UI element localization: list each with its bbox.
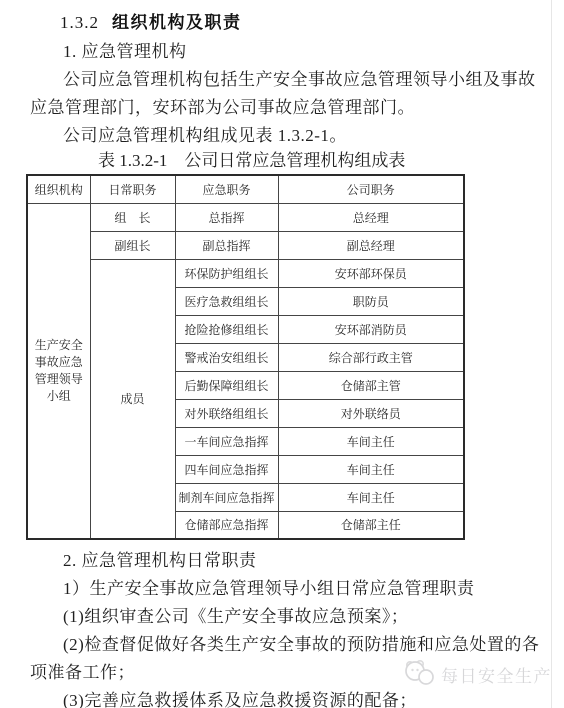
- emergency-cell: 四车间应急指挥: [175, 455, 278, 483]
- table-row: 生产安全事故应急管理领导小组 组 长 总指挥 总经理: [27, 203, 464, 231]
- emergency-cell: 副总指挥: [175, 231, 278, 259]
- company-cell: 综合部行政主管: [278, 343, 464, 371]
- document-page: 1.3.2组织机构及职责 1. 应急管理机构 公司应急管理机构包括生产安全事故应…: [0, 0, 564, 708]
- company-cell: 安环部消防员: [278, 315, 464, 343]
- emergency-cell: 总指挥: [175, 203, 278, 231]
- emergency-cell: 后勤保障组组长: [175, 371, 278, 399]
- org-structure-table: 组织机构 日常职务 应急职务 公司职务 生产安全事故应急管理领导小组 组 长 总…: [26, 174, 465, 540]
- company-cell: 仓储部主任: [278, 511, 464, 539]
- header-cell-daily: 日常职务: [90, 175, 175, 203]
- emergency-cell: 抢险抢修组组长: [175, 315, 278, 343]
- paragraph-line: 2. 应急管理机构日常职责: [30, 547, 564, 575]
- paragraph-line: (2)检查督促做好各类生产安全事故的预防措施和应急处置的各: [30, 631, 564, 659]
- paragraph-line: 公司应急管理机构包括生产安全事故应急管理领导小组及事故: [30, 66, 564, 94]
- company-cell: 仓储部主管: [278, 371, 464, 399]
- watermark-panda-icon: [403, 657, 437, 692]
- table-caption: 表 1.3.2-1 公司日常应急管理机构组成表: [30, 150, 564, 172]
- section-title: 组织机构及职责: [112, 13, 242, 32]
- emergency-cell: 对外联络组组长: [175, 399, 278, 427]
- company-cell: 车间主任: [278, 427, 464, 455]
- daily-cell: 组 长: [90, 203, 175, 231]
- table-header-row: 组织机构 日常职务 应急职务 公司职务: [27, 175, 464, 203]
- company-cell: 安环部环保员: [278, 259, 464, 287]
- paragraph-line: 1. 应急管理机构: [30, 38, 564, 66]
- org-group-cell: 生产安全事故应急管理领导小组: [27, 203, 90, 539]
- emergency-cell: 环保防护组组长: [175, 259, 278, 287]
- header-cell-org: 组织机构: [27, 175, 90, 203]
- emergency-cell: 仓储部应急指挥: [175, 511, 278, 539]
- table-row: 成员 环保防护组组长 安环部环保员: [27, 259, 464, 287]
- emergency-cell: 医疗急救组组长: [175, 287, 278, 315]
- watermark: 每日安全生产: [403, 657, 552, 692]
- table-row: 副组长 副总指挥 副总经理: [27, 231, 464, 259]
- header-cell-emergency: 应急职务: [175, 175, 278, 203]
- member-label-cell: 成员: [90, 259, 175, 539]
- company-cell: 总经理: [278, 203, 464, 231]
- company-cell: 车间主任: [278, 483, 464, 511]
- page-edge-divider: [551, 0, 552, 708]
- paragraph-line: 公司应急管理机构组成见表 1.3.2-1。: [30, 122, 564, 150]
- paragraph-line: 应急管理部门，安环部为公司事故应急管理部门。: [30, 94, 564, 122]
- emergency-cell: 警戒治安组组长: [175, 343, 278, 371]
- header-cell-company: 公司职务: [278, 175, 464, 203]
- section-heading: 1.3.2组织机构及职责: [30, 8, 564, 38]
- paragraph-line: 1）生产安全事故应急管理领导小组日常应急管理职责: [30, 575, 564, 603]
- emergency-cell: 一车间应急指挥: [175, 427, 278, 455]
- company-cell: 职防员: [278, 287, 464, 315]
- company-cell: 对外联络员: [278, 399, 464, 427]
- company-cell: 副总经理: [278, 231, 464, 259]
- daily-cell: 副组长: [90, 231, 175, 259]
- watermark-text: 每日安全生产: [441, 662, 552, 687]
- section-number: 1.3.2: [60, 13, 99, 32]
- emergency-cell: 制剂车间应急指挥: [175, 483, 278, 511]
- paragraph-line: (1)组织审查公司《生产安全事故应急预案》；: [30, 603, 564, 631]
- company-cell: 车间主任: [278, 455, 464, 483]
